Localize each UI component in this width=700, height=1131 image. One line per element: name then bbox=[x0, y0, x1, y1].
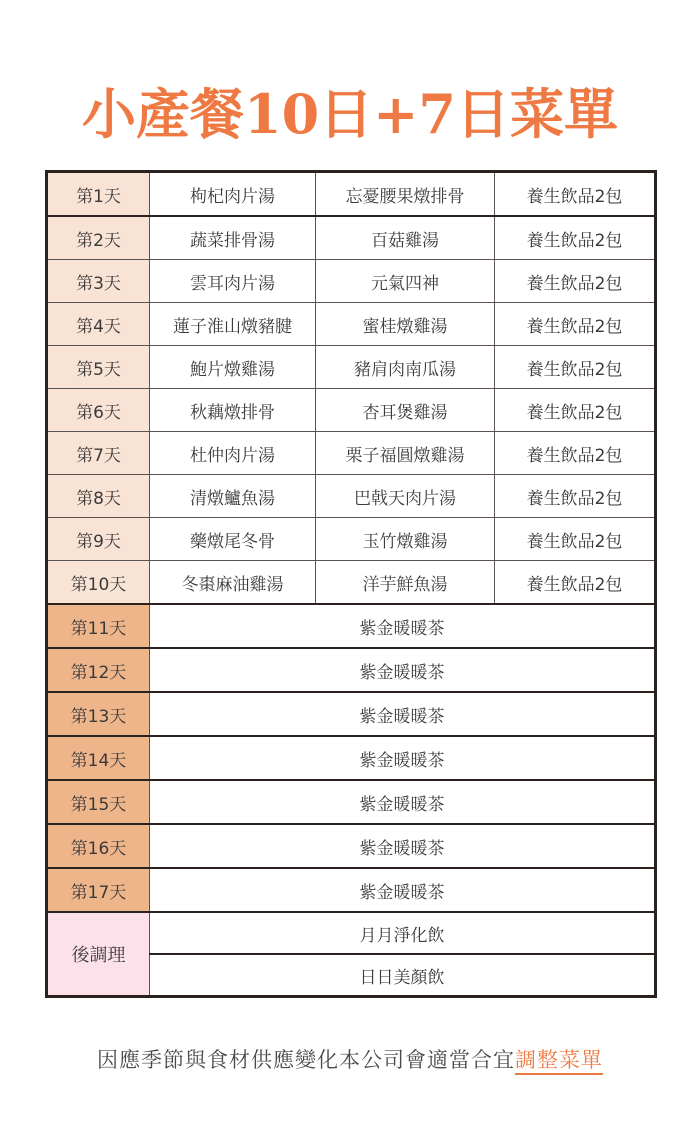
tea-item: 紫金暖暖茶 bbox=[150, 868, 656, 912]
menu-row-day-10: 第10天 冬棗麻油雞湯 洋芋鮮魚湯 養生飲品2包 bbox=[47, 561, 656, 605]
day-label: 第16天 bbox=[47, 824, 150, 868]
drink: 養生飲品2包 bbox=[495, 518, 656, 561]
soup-b: 杏耳煲雞湯 bbox=[316, 389, 495, 432]
soup-b: 忘憂腰果燉排骨 bbox=[316, 172, 495, 217]
menu-row-day-8: 第8天 清燉鱸魚湯 巴戟天肉片湯 養生飲品2包 bbox=[47, 475, 656, 518]
day-label: 第13天 bbox=[47, 692, 150, 736]
drink: 養生飲品2包 bbox=[495, 216, 656, 260]
day-label: 第1天 bbox=[47, 172, 150, 217]
tea-item: 紫金暖暖茶 bbox=[150, 736, 656, 780]
day-label: 第11天 bbox=[47, 604, 150, 648]
menu-row-day-7: 第7天 杜仲肉片湯 栗子福圓燉雞湯 養生飲品2包 bbox=[47, 432, 656, 475]
menu-row-day-13: 第13天 紫金暖暖茶 bbox=[47, 692, 656, 736]
menu-row-day-1: 第1天 枸杞肉片湯 忘憂腰果燉排骨 養生飲品2包 bbox=[47, 172, 656, 217]
day-label: 第6天 bbox=[47, 389, 150, 432]
drink: 養生飲品2包 bbox=[495, 389, 656, 432]
day-label: 第17天 bbox=[47, 868, 150, 912]
soup-a: 清燉鱸魚湯 bbox=[150, 475, 316, 518]
soup-a: 秋藕燉排骨 bbox=[150, 389, 316, 432]
soup-a: 枸杞肉片湯 bbox=[150, 172, 316, 217]
day-label: 第9天 bbox=[47, 518, 150, 561]
soup-a: 鮑片燉雞湯 bbox=[150, 346, 316, 389]
soup-b: 元氣四神 bbox=[316, 260, 495, 303]
after-care-item: 日日美顏飲 bbox=[150, 954, 656, 997]
day-label: 第14天 bbox=[47, 736, 150, 780]
menu-row-day-3: 第3天 雲耳肉片湯 元氣四神 養生飲品2包 bbox=[47, 260, 656, 303]
menu-row-day-12: 第12天 紫金暖暖茶 bbox=[47, 648, 656, 692]
after-care-item: 月月淨化飲 bbox=[150, 912, 656, 954]
drink: 養生飲品2包 bbox=[495, 260, 656, 303]
drink: 養生飲品2包 bbox=[495, 475, 656, 518]
day-label: 第7天 bbox=[47, 432, 150, 475]
soup-b: 巴戟天肉片湯 bbox=[316, 475, 495, 518]
menu-row-day-14: 第14天 紫金暖暖茶 bbox=[47, 736, 656, 780]
after-care-label: 後調理 bbox=[47, 912, 150, 997]
note-highlight: 調整菜單 bbox=[515, 1048, 603, 1075]
drink: 養生飲品2包 bbox=[495, 561, 656, 605]
menu-row-day-17: 第17天 紫金暖暖茶 bbox=[47, 868, 656, 912]
soup-a: 藥燉尾冬骨 bbox=[150, 518, 316, 561]
menu-row-day-6: 第6天 秋藕燉排骨 杏耳煲雞湯 養生飲品2包 bbox=[47, 389, 656, 432]
menu-row-day-4: 第4天 蓮子淮山燉豬腱 蜜桂燉雞湯 養生飲品2包 bbox=[47, 303, 656, 346]
soup-a: 冬棗麻油雞湯 bbox=[150, 561, 316, 605]
menu-row-day-11: 第11天 紫金暖暖茶 bbox=[47, 604, 656, 648]
tea-item: 紫金暖暖茶 bbox=[150, 780, 656, 824]
day-label: 第4天 bbox=[47, 303, 150, 346]
drink: 養生飲品2包 bbox=[495, 346, 656, 389]
soup-a: 杜仲肉片湯 bbox=[150, 432, 316, 475]
soup-b: 蜜桂燉雞湯 bbox=[316, 303, 495, 346]
footer-note: 因應季節與食材供應變化本公司會適當合宜調整菜單 bbox=[0, 1040, 700, 1080]
drink: 養生飲品2包 bbox=[495, 432, 656, 475]
drink: 養生飲品2包 bbox=[495, 303, 656, 346]
soup-b: 豬肩肉南瓜湯 bbox=[316, 346, 495, 389]
tea-item: 紫金暖暖茶 bbox=[150, 692, 656, 736]
menu-row-day-9: 第9天 藥燉尾冬骨 玉竹燉雞湯 養生飲品2包 bbox=[47, 518, 656, 561]
soup-b: 栗子福圓燉雞湯 bbox=[316, 432, 495, 475]
menu-row-day-5: 第5天 鮑片燉雞湯 豬肩肉南瓜湯 養生飲品2包 bbox=[47, 346, 656, 389]
tea-item: 紫金暖暖茶 bbox=[150, 604, 656, 648]
soup-a: 雲耳肉片湯 bbox=[150, 260, 316, 303]
day-label: 第3天 bbox=[47, 260, 150, 303]
menu-row-day-15: 第15天 紫金暖暖茶 bbox=[47, 780, 656, 824]
day-label: 第15天 bbox=[47, 780, 150, 824]
soup-b: 玉竹燉雞湯 bbox=[316, 518, 495, 561]
note-text: 因應季節與食材供應變化本公司會適當合宜 bbox=[97, 1048, 515, 1072]
menu-table: 第1天 枸杞肉片湯 忘憂腰果燉排骨 養生飲品2包 第2天 蔬菜排骨湯 百菇雞湯 … bbox=[45, 170, 657, 998]
soup-a: 蔬菜排骨湯 bbox=[150, 216, 316, 260]
day-label: 第5天 bbox=[47, 346, 150, 389]
drink: 養生飲品2包 bbox=[495, 172, 656, 217]
day-label: 第10天 bbox=[47, 561, 150, 605]
tea-item: 紫金暖暖茶 bbox=[150, 648, 656, 692]
soup-b: 百菇雞湯 bbox=[316, 216, 495, 260]
soup-a: 蓮子淮山燉豬腱 bbox=[150, 303, 316, 346]
menu-row-day-2: 第2天 蔬菜排骨湯 百菇雞湯 養生飲品2包 bbox=[47, 216, 656, 260]
day-label: 第12天 bbox=[47, 648, 150, 692]
page-title: 小產餐10日+7日菜單 bbox=[0, 74, 700, 154]
after-care-row-1: 後調理 月月淨化飲 bbox=[47, 912, 656, 954]
day-label: 第8天 bbox=[47, 475, 150, 518]
menu-row-day-16: 第16天 紫金暖暖茶 bbox=[47, 824, 656, 868]
tea-item: 紫金暖暖茶 bbox=[150, 824, 656, 868]
day-label: 第2天 bbox=[47, 216, 150, 260]
soup-b: 洋芋鮮魚湯 bbox=[316, 561, 495, 605]
